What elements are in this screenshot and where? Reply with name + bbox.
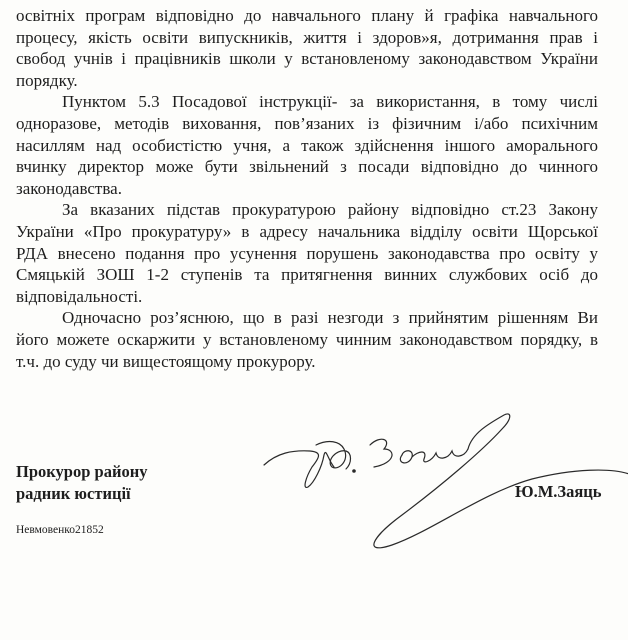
- paragraph-4: Одночасно роз’яснюю, що в разі незгоди з…: [16, 307, 598, 372]
- text-line: РДА внесено подання про усунення порушен…: [16, 243, 598, 265]
- position-rank: радник юстиції: [16, 483, 147, 505]
- text-line: т.ч. до суду чи вищестоящому прокурору.: [16, 351, 598, 373]
- text-line: законодавства.: [16, 178, 598, 200]
- signatory-position: Прокурор району радник юстиції: [16, 461, 147, 505]
- text-line: вчинку директор може бути звільнений з п…: [16, 156, 598, 178]
- position-title: Прокурор району: [16, 461, 147, 483]
- text-line: одноразове, методів виховання, пов’язани…: [16, 113, 598, 135]
- text-line: Пунктом 5.3 Посадової інструкції- за вик…: [16, 91, 598, 113]
- text-line: свобод учнів і працівників школи у встан…: [16, 48, 598, 70]
- text-line: порядку.: [16, 70, 598, 92]
- text-line: України «Про прокуратуру» в адресу начал…: [16, 221, 598, 243]
- executor-reference: Невмовенко21852: [16, 524, 104, 536]
- paragraph-2: Пунктом 5.3 Посадової інструкції- за вик…: [16, 91, 598, 199]
- text-line: Одночасно роз’яснюю, що в разі незгоди з…: [16, 307, 598, 329]
- paragraph-1: освітніх програм відповідно до навчально…: [16, 5, 598, 91]
- signatory-name: Ю.М.Заяць: [515, 482, 602, 502]
- text-line: його можете оскаржити у встановленому чи…: [16, 329, 598, 351]
- text-line: освітніх програм відповідно до навчально…: [16, 5, 598, 27]
- text-line: Смяцькій ЗОШ 1-2 ступенів та притягнення…: [16, 264, 598, 286]
- text-line: насиллям над особистістю учня, а також з…: [16, 135, 598, 157]
- paragraph-3: За вказаних підстав прокуратурою району …: [16, 199, 598, 307]
- text-line: відповідальності.: [16, 286, 598, 308]
- text-line: За вказаних підстав прокуратурою району …: [16, 199, 598, 221]
- text-line: процесу, якість освіти випускників, житт…: [16, 27, 598, 49]
- document-body: освітніх програм відповідно до навчально…: [16, 5, 598, 372]
